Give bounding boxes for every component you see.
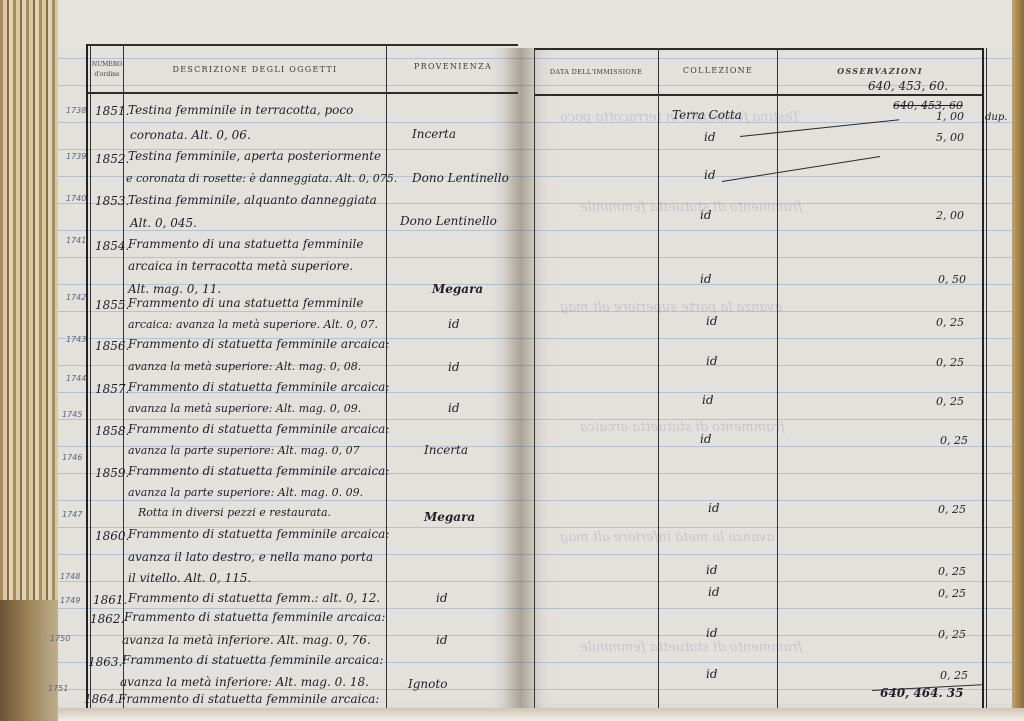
entry-description-line: coronata. Alt. 0, 06. <box>130 128 251 142</box>
entry-description-line: Frammento di una statuetta femminile <box>128 296 363 310</box>
pencil-number: 1745 <box>62 410 82 419</box>
entry-description-line: avanza la metà inferiore: Alt. mag. 0. 1… <box>120 675 369 689</box>
collezione-value: id <box>700 272 712 286</box>
entry-description-line: Frammento di statuetta femm.: alt. 0, 12… <box>128 591 380 605</box>
bleed-through-text: frammento di statuetta arcaica <box>580 420 785 435</box>
collezione-header: COLLEZIONE <box>660 66 776 75</box>
entry-description-line: Alt. mag. 0, 11. <box>128 282 221 296</box>
osservazioni-value: 0, 25 <box>938 503 966 516</box>
entry-provenienza: Dono Lentinello <box>400 214 497 228</box>
entry-description-line: Frammento di statuetta femminile arcaica… <box>118 692 379 706</box>
osservazioni-value: 2, 00 <box>936 209 964 222</box>
right-header-top-rule <box>534 48 984 50</box>
left-header-top-rule <box>86 44 518 46</box>
entry-description-line: il vitello. Alt. 0, 115. <box>128 571 251 585</box>
entry-description-line: avanza la metà inferiore. Alt. mag. 0, 7… <box>122 633 371 647</box>
collezione-value: Terra Cotta <box>672 108 742 122</box>
bleed-through-text: avanza la metà inferiore alt mag <box>560 530 774 545</box>
entry-provenienza: id <box>436 633 448 647</box>
entry-number: 1859. <box>95 466 129 480</box>
ledger-book: NUMERO d'ordine DESCRIZIONE DEGLI OGGETT… <box>0 0 1024 721</box>
entry-provenienza: id <box>448 401 460 415</box>
entry-description-line: Testina femminile in terracotta, poco <box>128 103 353 117</box>
left-page-top-margin <box>58 0 520 48</box>
osservazioni-header: OSSERVAZIONI <box>780 66 980 76</box>
entry-number: 1860. <box>95 529 129 543</box>
collezione-value: id <box>704 130 716 144</box>
entry-number: 1856. <box>95 339 129 353</box>
entry-description-line: Frammento di una statuetta femminile <box>128 237 363 251</box>
collezione-value: id <box>704 168 716 182</box>
entry-number: 1864. <box>84 692 118 706</box>
entry-provenienza: Megara <box>432 282 483 296</box>
entry-description-line: Frammento di statuetta femminile arcaica… <box>128 527 389 541</box>
pencil-number: 1739 <box>66 152 86 161</box>
entry-number: 1862. <box>90 612 124 626</box>
final-total: 640, 464. 35 <box>880 686 964 700</box>
left-header-bottom-rule <box>86 92 518 94</box>
collezione-value: id <box>706 667 718 681</box>
pencil-number: 1750 <box>50 634 70 643</box>
entry-provenienza: Ignoto <box>408 677 447 691</box>
entry-number: 1855. <box>95 298 129 312</box>
right-header-bottom-rule <box>534 94 984 96</box>
entry-number: 1858. <box>95 424 129 438</box>
right-frame-inner-border <box>986 48 987 712</box>
collezione-value: id <box>700 432 712 446</box>
descrizione-header: DESCRIZIONE DEGLI OGGETTI <box>124 65 386 74</box>
osservazioni-value: 0, 25 <box>936 316 964 329</box>
osservazioni-value: 0, 25 <box>940 669 968 682</box>
osservazioni-value: 0, 25 <box>940 434 968 447</box>
provenienza-column-divider <box>386 44 387 712</box>
bleed-through-text: frammento di statuetta femminile <box>580 200 802 215</box>
entry-description-line: avanza il lato destro, e nella mano port… <box>128 550 373 564</box>
osservazioni-value: 1, 00 <box>936 110 964 123</box>
entry-number: 1857. <box>95 382 129 396</box>
osservazioni-value: 0, 25 <box>938 628 966 641</box>
pencil-number: 1738 <box>66 106 86 115</box>
entry-provenienza: id <box>436 591 448 605</box>
entry-description-line: arcaica: avanza la metà superiore. Alt. … <box>128 318 378 331</box>
entry-description-line: Alt. 0, 045. <box>130 216 197 230</box>
collezione-value: id <box>708 585 720 599</box>
bleed-through-text: frammento di statuetta femminile <box>580 640 802 655</box>
pencil-number: 1751 <box>48 684 68 693</box>
pencil-number: 1742 <box>66 293 86 302</box>
entry-description-line: Frammento di statuetta femminile arcaica… <box>122 653 383 667</box>
data-column-left-border <box>534 48 535 712</box>
numero-header-line2: d'ordine <box>91 70 123 80</box>
entry-number: 1852. <box>95 152 129 166</box>
entry-provenienza: Dono Lentinello <box>412 171 509 185</box>
entry-provenienza: id <box>448 317 460 331</box>
entry-provenienza: Incerta <box>424 443 468 457</box>
entry-description-line: Frammento di statuetta femminile arcaica… <box>128 422 389 436</box>
entry-provenienza: Incerta <box>412 127 456 141</box>
entry-number: 1851. <box>95 104 129 118</box>
pencil-number: 1749 <box>60 596 80 605</box>
bleed-through-text: avanza la parte superiore alt mag <box>560 300 782 315</box>
entry-number: 1861. <box>93 593 127 607</box>
entry-provenienza: Megara <box>424 510 475 524</box>
osservazioni-value: 0, 25 <box>938 587 966 600</box>
entry-description-line: Rotta in diversi pezzi e restaurata. <box>138 506 331 519</box>
numero-header: NUMERO d'ordine <box>91 60 123 80</box>
entry-description-line: avanza la metà superiore: Alt. mag. 0, 0… <box>128 360 361 373</box>
collezione-value: id <box>708 501 720 515</box>
collezione-value: id <box>706 314 718 328</box>
entry-description-line: Testina femminile, aperta posteriormente <box>128 149 381 163</box>
numero-header-line1: NUMERO <box>91 60 123 70</box>
entry-description-line: Frammento di statuetta femminile arcaica… <box>128 337 389 351</box>
data-immissione-header: DATA DELL'IMMISSIONE <box>535 68 657 76</box>
right-page-top-margin <box>520 0 1016 48</box>
entry-description-line: Frammento di statuetta femminile arcaica… <box>128 380 389 394</box>
margin-note: dup. <box>985 112 1007 123</box>
right-page-edge <box>1012 0 1024 712</box>
osservazioni-value: 0, 25 <box>936 356 964 369</box>
entry-description-line: avanza la parte superiore: Alt. mag. 0, … <box>128 444 360 457</box>
pencil-number: 1746 <box>62 453 82 462</box>
entry-description-line: avanza la metà superiore: Alt. mag. 0, 0… <box>128 402 361 415</box>
entry-description-line: avanza la parte superiore: Alt. mag. 0. … <box>128 486 363 499</box>
collezione-value: id <box>700 208 712 222</box>
osservazioni-value: 0, 50 <box>938 273 966 286</box>
right-frame-border <box>982 48 984 712</box>
collezione-value: id <box>706 626 718 640</box>
osservazioni-value: 0, 25 <box>936 395 964 408</box>
pencil-number: 1748 <box>60 572 80 581</box>
collezione-value: id <box>706 563 718 577</box>
carried-total: 640, 453, 60. <box>868 79 948 93</box>
entry-number: 1854. <box>95 239 129 253</box>
bottom-page-edge <box>58 708 1024 721</box>
pencil-number: 1743 <box>66 335 86 344</box>
entry-description-line: arcaica in terracotta metà superiore. <box>128 259 353 273</box>
entry-description-line: Frammento di statuetta femminile arcaica… <box>128 464 389 478</box>
entry-description-line: e coronata di rosette: è danneggiata. Al… <box>126 172 397 185</box>
collezione-value: id <box>706 354 718 368</box>
pencil-number: 1744 <box>66 374 86 383</box>
entry-number: 1853. <box>95 194 129 208</box>
entry-description-line: Frammento di statuetta femminile arcaica… <box>124 610 385 624</box>
osservazioni-value: 0, 25 <box>938 565 966 578</box>
pencil-number: 1747 <box>62 510 82 519</box>
entry-number: 1863. <box>88 655 122 669</box>
pencil-number: 1740 <box>66 194 86 203</box>
entry-description-line: Testina femminile, alquanto danneggiata <box>128 193 377 207</box>
provenienza-header: PROVENIENZA <box>388 62 518 71</box>
entry-provenienza: id <box>448 360 460 374</box>
osservazioni-value: 5, 00 <box>936 131 964 144</box>
collezione-column-divider <box>658 48 659 712</box>
pencil-number: 1741 <box>66 236 86 245</box>
collezione-value: id <box>702 393 714 407</box>
osservazioni-column-divider <box>777 48 778 712</box>
